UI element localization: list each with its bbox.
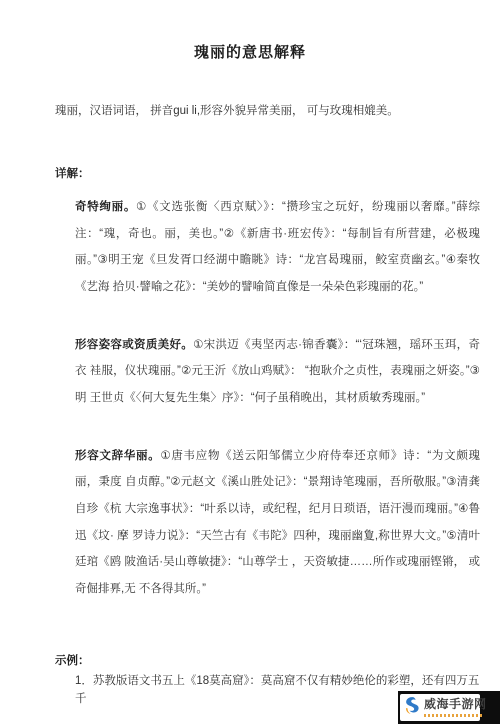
definition-item-3: 形容文辞华丽。①唐韦应物《送云阳邹儒立少府侍奉还京师》诗：“为文颇瑰丽，秉度 自…	[75, 443, 480, 603]
section-heading-example: 示例：	[55, 652, 500, 668]
definition-lead-3: 形容文辞华丽。	[75, 450, 160, 462]
intro-paragraph: 瑰丽，汉语词语， 拼音gui li,形容外貌异常美丽， 可与玫瑰相媲美。	[55, 103, 470, 119]
definition-text-3: ①唐韦应物《送云阳邹儒立少府侍奉还京师》诗：“为文颇瑰丽，秉度 自贞醇。”②元赵…	[75, 450, 480, 595]
definition-item-1: 奇特绚丽。①《文选张衡〈西京赋〉》：“攒珍宝之玩好，纷瑰丽以奢靡。”薛综注：“瑰…	[75, 194, 480, 301]
site-logo-tagline	[424, 714, 482, 717]
definition-lead-2: 形容姿容或资质美好。	[75, 339, 193, 351]
definition-text-1: ①《文选张衡〈西京赋〉》：“攒珍宝之玩好，纷瑰丽以奢靡。”薛综注：“瑰，奇也。丽…	[75, 201, 480, 293]
section-heading-detail: 详解：	[55, 165, 500, 181]
site-logo-text: 威海手游网	[424, 698, 487, 711]
section-detail: 详解： 奇特绚丽。①《文选张衡〈西京赋〉》：“攒珍宝之玩好，纷瑰丽以奢靡。”薛综…	[0, 165, 500, 603]
document-page: 瑰丽的意思解释 瑰丽，汉语词语， 拼音gui li,形容外貌异常美丽， 可与玫瑰…	[0, 0, 500, 724]
definition-item-2: 形容姿容或资质美好。①宋洪迈《夷坚丙志·锦香囊》：“‘冠珠翘，瑶环玉珥，奇衣 袿…	[75, 332, 480, 412]
site-logo-swirl-icon	[403, 696, 422, 720]
site-logo[interactable]: 威海手游网	[400, 694, 480, 721]
footer-watermark-bar: 威海手游网	[398, 691, 500, 724]
definition-lead-1: 奇特绚丽。	[75, 201, 136, 213]
page-title: 瑰丽的意思解释	[0, 0, 500, 62]
